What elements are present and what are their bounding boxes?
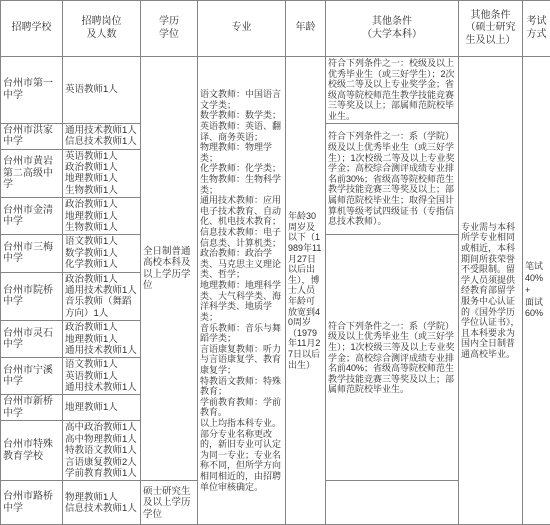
positions-cell: 高中政治教师1人 高中物理教师1人 特教语文教师1人 言语康复教师2人 学前教育… — [63, 421, 141, 481]
positions-cell: 通用技术教师1人 信息技术教师1人 — [63, 123, 141, 149]
positions-cell: 语文教师1人 英语教师1人 通用技术教师1人 — [63, 358, 141, 395]
positions-cell: 地理教师1人 — [63, 395, 141, 421]
school-cell: 台州市院桥中学 — [1, 272, 63, 321]
condition-bachelor-empty-cell — [326, 481, 459, 525]
condition-bachelor-tier1-cell: 符合下列条件之一：校级及以上优秀毕业生（或三好学生）；2次校级二等及以上专业奖学… — [326, 57, 459, 124]
header-degree: 学历 学位 — [141, 1, 198, 57]
school-cell: 台州市新桥中学 — [1, 395, 63, 421]
school-cell: 台州市三梅中学 — [1, 235, 63, 272]
exam-method-cell: 笔试 40%+ 面试 60% — [523, 57, 550, 525]
school-cell: 台州市特殊教育学校 — [1, 421, 63, 481]
header-exam: 考试 方式 — [523, 1, 550, 57]
condition-master-cell: 专业需与本科所学专业相同或相近，本科期间所获荣誉不受限制。留学人员须提供经教育部… — [459, 57, 523, 525]
header-row: 招聘学校 招聘岗位 及人数 学历 学位 专业 年龄 其他条件 （大学本科） 其他… — [1, 1, 550, 57]
school-cell: 台州市黄岩第二高级中学 — [1, 149, 63, 198]
header-other-master: 其他条件 （硕士研究 生及以上） — [459, 1, 523, 57]
school-cell: 台州市第一中学 — [1, 57, 63, 124]
degree-bachelor-cell: 全日制普通高校本科及以上学历学位 — [141, 57, 198, 481]
school-cell: 台州市宁溪中学 — [1, 358, 63, 395]
table-row: 台州市第一中学 英语教师1人 全日制普通高校本科及以上学历学位 语文教师：中国语… — [1, 57, 550, 124]
positions-cell: 政治教师1人 通用技术教师1人 音乐教师（舞蹈方向）1人 — [63, 272, 141, 321]
degree-master-cell: 硕士研究生及以上学历学位 — [141, 481, 198, 525]
major-cell: 语文教师：中国语言文学类； 数学教师：数学类； 英语教师：英语、翻译、商务英语；… — [198, 57, 286, 525]
positions-cell: 英语教师1人 政治教师1人 地理教师1人 生物教师1人 — [63, 149, 141, 198]
positions-cell: 物理教师1人 信息技术教师1人 — [63, 481, 141, 525]
school-cell: 台州市灵石中学 — [1, 321, 63, 358]
positions-cell: 政治教师1人 地理教师1人 通用技术教师1人 — [63, 321, 141, 358]
age-cell: 年龄30周岁及以下（1989年11月27日以后出生），博士人员年龄可放宽到40周… — [286, 57, 326, 525]
school-cell: 台州市洪家中学 — [1, 123, 63, 149]
positions-cell: 英语教师1人 — [63, 57, 141, 124]
header-positions: 招聘岗位 及人数 — [63, 1, 141, 57]
header-other-bachelor: 其他条件 （大学本科） — [326, 1, 459, 57]
header-age: 年龄 — [286, 1, 326, 57]
condition-bachelor-tier2-cell: 符合下列条件之一：系（学院）级及以上优秀毕业生（或三好学生）；1次校级二等及以上… — [326, 123, 459, 235]
positions-cell: 政治教师1人 地理教师1人 生物教师1人 — [63, 198, 141, 235]
page: { "header": { "school": "招聘学校", "positio… — [0, 0, 550, 464]
recruitment-table: 招聘学校 招聘岗位 及人数 学历 学位 专业 年龄 其他条件 （大学本科） 其他… — [0, 0, 550, 525]
header-major: 专业 — [198, 1, 286, 57]
school-cell: 台州市金清中学 — [1, 198, 63, 235]
positions-cell: 语文教师1人 数学教师1人 化学教师1人 — [63, 235, 141, 272]
condition-bachelor-tier3-cell: 符合下列条件之一：系（学院）级及以上优秀毕业生（或三好学生）；1次校级三等及以上… — [326, 235, 459, 481]
school-cell: 台州市路桥中学 — [1, 481, 63, 525]
header-school: 招聘学校 — [1, 1, 63, 57]
